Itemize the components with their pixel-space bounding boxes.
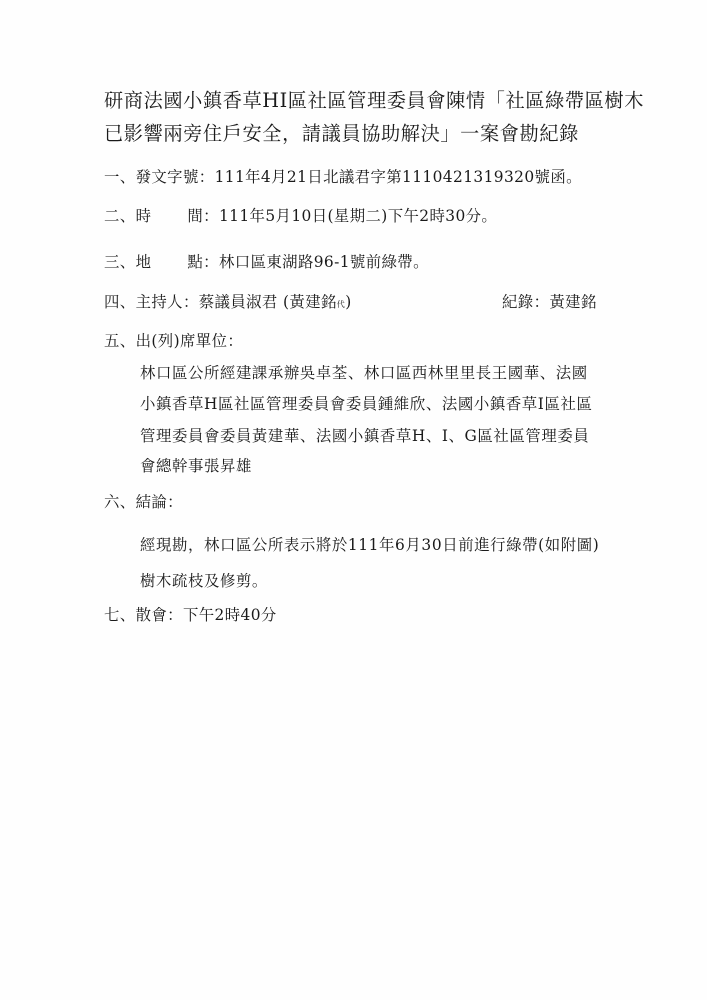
item-label-a: 地 xyxy=(136,253,152,271)
item-number: 六、 xyxy=(104,493,136,511)
item-number: 三、 xyxy=(104,253,136,271)
location-value: 林口區東湖路96-1號前綠帶。 xyxy=(219,253,429,271)
proxy-mark: 代 xyxy=(337,300,345,309)
host-value: 蔡議員淑君 (黃建銘 xyxy=(199,293,337,311)
adjourn-value: 下午2時40分 xyxy=(183,606,277,624)
item-number: 七、 xyxy=(104,606,136,624)
item-number: 五、 xyxy=(104,332,136,350)
item-number: 二、 xyxy=(104,207,136,225)
attendees-line: 管理委員會委員黃建華、法國小鎮香草H、I、G區社區管理委員 xyxy=(140,429,589,444)
recorder: 紀錄：黃建銘 xyxy=(502,295,597,310)
item-label: 結論： xyxy=(136,493,183,511)
item-label-b: 點： xyxy=(187,253,219,271)
item-label: 主持人： xyxy=(136,293,199,311)
host-value-close: ) xyxy=(345,293,351,311)
item-attendees: 五、出(列)席單位： xyxy=(104,334,243,349)
item-label: 散會： xyxy=(136,606,183,624)
item-label-a: 時 xyxy=(136,207,152,225)
item-location: 三、地點：林口區東湖路96-1號前綠帶。 xyxy=(104,255,429,270)
item-issuance: 一、發文字號：111年4月21日北議君字第1110421319320號函。 xyxy=(104,170,582,185)
document-title-line-1: 研商法國小鎮香草HI區社區管理委員會陳情「社區綠帶區樹木 xyxy=(104,91,644,110)
recorder-value: 黃建銘 xyxy=(549,293,596,311)
attendees-line: 小鎮香草H區社區管理委員會委員鍾維欣、法國小鎮香草I區社區 xyxy=(140,397,592,412)
item-label-b: 間： xyxy=(187,207,219,225)
item-number: 四、 xyxy=(104,293,136,311)
item-adjourn: 七、散會：下午2時40分 xyxy=(104,608,277,623)
item-label: 發文字號： xyxy=(136,168,215,186)
item-time: 二、時間：111年5月10日(星期二)下午2時30分。 xyxy=(104,209,497,224)
conclusion-line: 經現勘，林口區公所表示將於111年6月30日前進行綠帶(如附圖) xyxy=(140,538,599,553)
time-value: 111年5月10日(星期二)下午2時30分。 xyxy=(219,207,497,225)
item-conclusion: 六、結論： xyxy=(104,495,183,510)
item-host: 四、主持人：蔡議員淑君 (黃建銘代) xyxy=(104,295,352,310)
document-page: 研商法國小鎮香草HI區社區管理委員會陳情「社區綠帶區樹木 已影響兩旁住戶安全，請… xyxy=(0,0,707,1000)
item-number: 一、 xyxy=(104,168,136,186)
attendees-line: 會總幹事張昇雄 xyxy=(140,459,252,474)
issuance-value: 111年4月21日北議君字第1110421319320號函。 xyxy=(215,168,582,186)
conclusion-line: 樹木疏枝及修剪。 xyxy=(140,574,268,589)
document-title-line-2: 已影響兩旁住戶安全，請議員協助解決」一案會勘紀錄 xyxy=(104,124,579,143)
attendees-line: 林口區公所經建課承辦吳卓荃、林口區西林里里長王國華、法國 xyxy=(140,366,588,381)
recorder-label: 紀錄： xyxy=(502,293,549,311)
item-label: 出(列)席單位： xyxy=(136,332,244,350)
